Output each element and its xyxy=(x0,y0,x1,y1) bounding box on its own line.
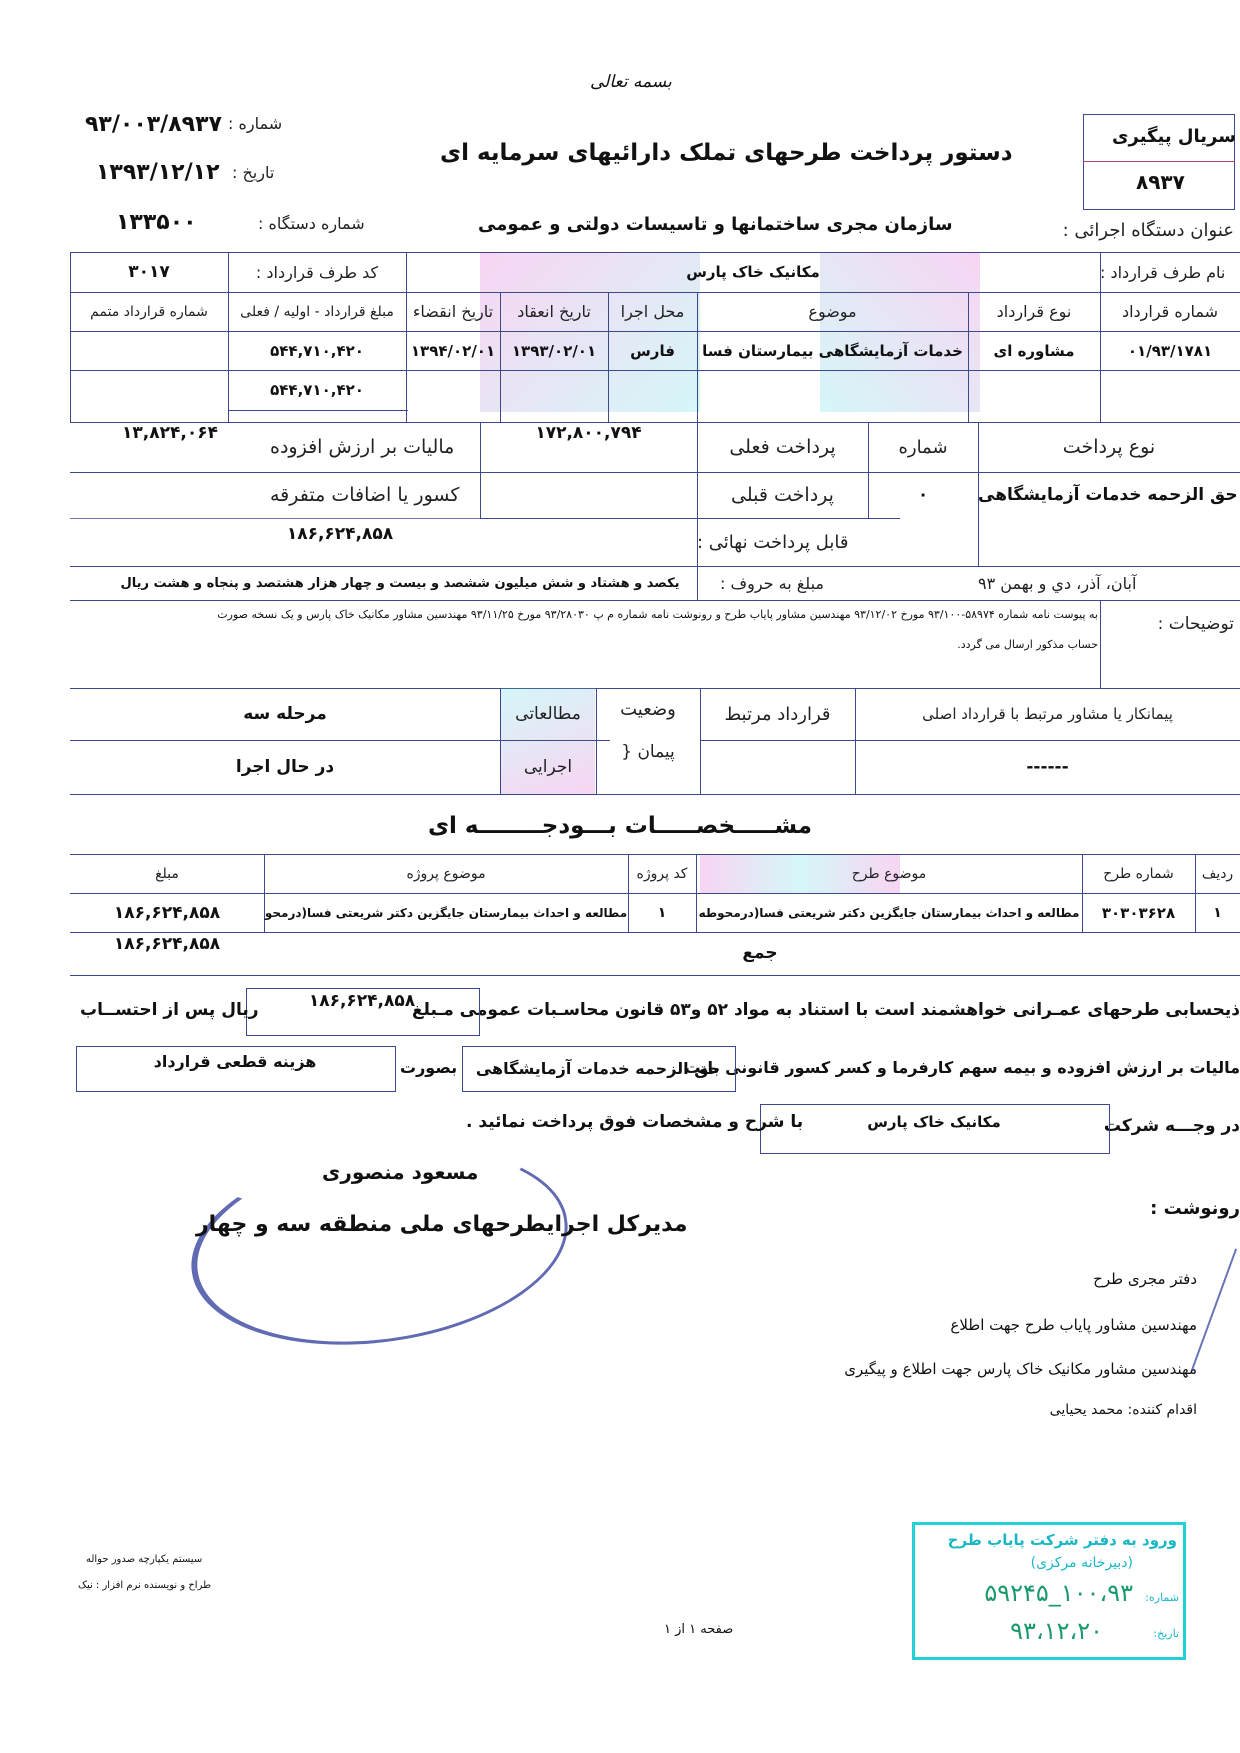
cc-item-1: دفتر مجری طرح xyxy=(1093,1270,1197,1288)
budget-amount: ۱۸۶,۶۲۴,۸۵۸ xyxy=(70,894,264,931)
contract-end-date: ۱۳۹۴/۰۲/۰۱ xyxy=(406,332,500,369)
cc-item-2: مهندسین مشاور پایاب طرح جهت اطلاع xyxy=(950,1316,1197,1334)
budget-project-subject: مطالعه و احداث بیمارستان جایگزین دکتر شر… xyxy=(264,894,628,931)
final-payable-label: قابل پرداخت نهائی : xyxy=(697,519,868,565)
contract-brace-label: پیمان { xyxy=(596,730,700,774)
request-line-3-prefix: در وجـــه شرکت xyxy=(1104,1116,1240,1136)
contract-start-date: ۱۳۹۳/۰۲/۰۱ xyxy=(500,332,608,369)
organization-name: سازمان مجری ساختمانها و تاسیسات دولتی و … xyxy=(478,214,953,235)
stamp-number-label: شماره: xyxy=(1145,1591,1179,1604)
stamp-line-1: ورود به دفتر شرکت پایاب طرح xyxy=(948,1531,1177,1549)
col-location: محل اجرا xyxy=(608,293,697,330)
col-start-date: تاریخ انعقاد xyxy=(500,293,608,330)
footer-system-line-2: طراح و نویسنده نرم افزار : نیک xyxy=(78,1580,211,1591)
contract-location: فارس xyxy=(608,332,697,369)
previous-payment-label: پرداخت قبلی xyxy=(697,473,868,517)
col-contract-type: نوع قرارداد xyxy=(968,293,1100,330)
budget-col-plan-subject: موضوع طرح xyxy=(696,855,1082,892)
final-payable-value: ۱۸۶,۶۲۴,۸۵۸ xyxy=(200,519,480,549)
cc-label: رونوشت : xyxy=(1150,1198,1240,1219)
registry-stamp: ورود به دفتر شرکت پایاب طرح (دبیرخانه مر… xyxy=(912,1522,1186,1660)
bismillah: بسمه تعالی xyxy=(590,72,672,92)
serial-label: سریال پیگیری xyxy=(1112,126,1236,147)
amount-words-label: مبلغ به حروف : xyxy=(697,567,847,599)
payee-name: مکانیک خاک پارس xyxy=(760,1104,1108,1140)
vat-value: ۱۳,۸۲۴,۰۶۴ xyxy=(70,423,270,453)
budget-plan-number: ۳۰۳۰۳۶۲۸ xyxy=(1082,894,1195,931)
budget-col-plan-number: شماره طرح xyxy=(1082,855,1195,892)
request-line-2-mid: بصورت xyxy=(400,1058,457,1077)
cc-pen-mark xyxy=(1191,1248,1240,1381)
request-amount: ۱۸۶,۶۲۴,۸۵۸ xyxy=(246,988,478,1014)
request-line-3-suffix: با شرح و مشخصات فوق پرداخت نمائید . xyxy=(466,1112,803,1132)
col-contract-amount: مبلغ قرارداد - اولیه / فعلی xyxy=(228,293,406,330)
stamp-date-label: تاریخ: xyxy=(1153,1627,1179,1640)
payment-type-label: نوع پرداخت xyxy=(978,423,1240,471)
col-contract-number: شماره قرارداد xyxy=(1100,293,1240,330)
payment-type-value: حق الزحمه خدمات آزمایشگاهی xyxy=(978,473,1240,517)
signer-name: مسعود منصوری xyxy=(322,1160,478,1184)
page-number: صفحه ۱ از ۱ xyxy=(664,1622,733,1637)
amount-words-value: یکصد و هشتاد و شش میلیون ششصد و بیست و چ… xyxy=(130,567,670,599)
document-title: دستور پرداخت طرحهای تملک دارائیهای سرمای… xyxy=(440,140,1013,166)
contract-amount-initial: ۵۴۴,۷۱۰,۴۲۰ xyxy=(228,332,406,369)
description-line-1: به پیوست نامه شماره ۵۸۹۷۴-۹۳/۱۰۰ مورخ ۹۳… xyxy=(108,608,1098,621)
contract-type: مشاوره ای xyxy=(968,332,1100,369)
payment-number-value: ۰ xyxy=(868,473,978,517)
budget-total-value: ۱۸۶,۶۲۴,۸۵۸ xyxy=(70,934,264,956)
footer-system-line-1: سیستم یکپارچه صدور حواله xyxy=(86,1554,202,1565)
date-label: تاریخ : xyxy=(232,163,274,182)
request-line-1: ذیحسابی طرحهای عمـرانی خواهشمند است با ا… xyxy=(412,1000,1240,1020)
vat-label: مالیات بر ارزش افزوده xyxy=(270,423,480,471)
payment-period: آبان، آذر، دي و بهمن ۹۳ xyxy=(978,567,1240,599)
contractor-value: ------ xyxy=(855,741,1240,793)
stamp-date-value: ۹۳،۱۲،۲۰ xyxy=(1010,1617,1103,1645)
payment-number-label: شماره xyxy=(868,423,978,471)
budget-total-label: جمع xyxy=(660,934,860,972)
contractor-label: پیمانکار یا مشاور مرتبط با قرارداد اصلی xyxy=(855,689,1240,739)
col-end-date: تاریخ انقضاء xyxy=(406,293,500,330)
budget-col-project-subject: موضوع پروژه xyxy=(264,855,628,892)
party-code-label: کد طرف قرارداد : xyxy=(228,253,406,291)
date-value: ۱۳۹۳/۱۲/۱۲ xyxy=(96,160,220,185)
payment-reason: حق الزحمه خدمات آزمایشگاهی xyxy=(462,1046,734,1090)
contract-subject: خدمات آزمایشگاهی بیمارستان فسا xyxy=(697,332,968,369)
status-label: وضعیت xyxy=(596,689,700,729)
deductions-label: کسور یا اضافات متفرقه xyxy=(270,473,480,517)
request-line-1-suffix: ریال پس از احتســاب xyxy=(80,1000,259,1020)
progress-value: در حال اجرا xyxy=(70,741,500,793)
budget-plan-subject: مطالعه و احداث بیمارستان جایگزین دکتر شر… xyxy=(696,894,1082,931)
executive-agency-label: عنوان دستگاه اجرائی : xyxy=(1063,220,1234,241)
stamp-number-value: ۱۰۰،۹۳_۵۹۲۴۵ xyxy=(984,1579,1133,1607)
col-supplement-number: شماره قرارداد متمم xyxy=(70,293,228,330)
description-label: توضیحات : xyxy=(1158,614,1234,634)
description-line-2: حساب مذکور ارسال می گردد. xyxy=(957,638,1098,651)
number-label: شماره : xyxy=(228,114,282,133)
related-contract-label: قرارداد مرتبط xyxy=(700,689,855,739)
payment-mode: هزینه قطعی قرارداد xyxy=(76,1046,394,1076)
col-subject: موضوع xyxy=(697,293,968,330)
number-value: ۹۳/۰۰۳/۸۹۳۷ xyxy=(85,112,222,137)
current-payment-value: ۱۷۲,۸۰۰,۷۹۴ xyxy=(480,423,697,453)
current-payment-label: پرداخت فعلی xyxy=(697,423,868,471)
budget-row-number: ۱ xyxy=(1195,894,1240,931)
budget-col-project-code: کد پروژه xyxy=(628,855,696,892)
study-label: مطالعاتی xyxy=(500,689,596,739)
budget-col-amount: مبلغ xyxy=(70,855,264,892)
party-name-label: نام طرف قرارداد : xyxy=(1100,253,1240,291)
party-code-value: ۳۰۱۷ xyxy=(70,253,228,291)
cc-item-3: مهندسین مشاور مکانیک خاک پارس جهت اطلاع … xyxy=(844,1360,1197,1378)
budget-project-code: ۱ xyxy=(628,894,696,931)
phase-value: مرحله سه xyxy=(70,689,500,739)
budget-col-row: ردیف xyxy=(1195,855,1240,892)
cc-item-4: اقدام کننده: محمد یحیایی xyxy=(1050,1402,1197,1418)
request-line-2: مالیات بر ارزش افزوده و بیمه سهم کارفرما… xyxy=(685,1058,1240,1077)
budget-title: مشـــــخصـــــات بـــودجــــــــه ای xyxy=(300,808,940,844)
serial-value: ۸۹۳۷ xyxy=(1136,170,1185,194)
signer-title: مدیرکل اجرایطرحهای ملی منطقه سه و چهار xyxy=(196,1212,688,1237)
agency-number-label: شماره دستگاه : xyxy=(258,214,365,233)
contract-number: ۰۱/۹۳/۱۷۸۱ xyxy=(1100,332,1240,369)
execution-label: اجرایی xyxy=(500,741,596,793)
stamp-line-2: (دبیرخانه مرکزی) xyxy=(1031,1555,1133,1571)
contract-amount-current: ۵۴۴,۷۱۰,۴۲۰ xyxy=(228,371,406,409)
agency-number-value: ۱۳۳۵۰۰ xyxy=(116,210,197,235)
party-name-value: مکانیک خاک پارس xyxy=(406,253,1100,291)
